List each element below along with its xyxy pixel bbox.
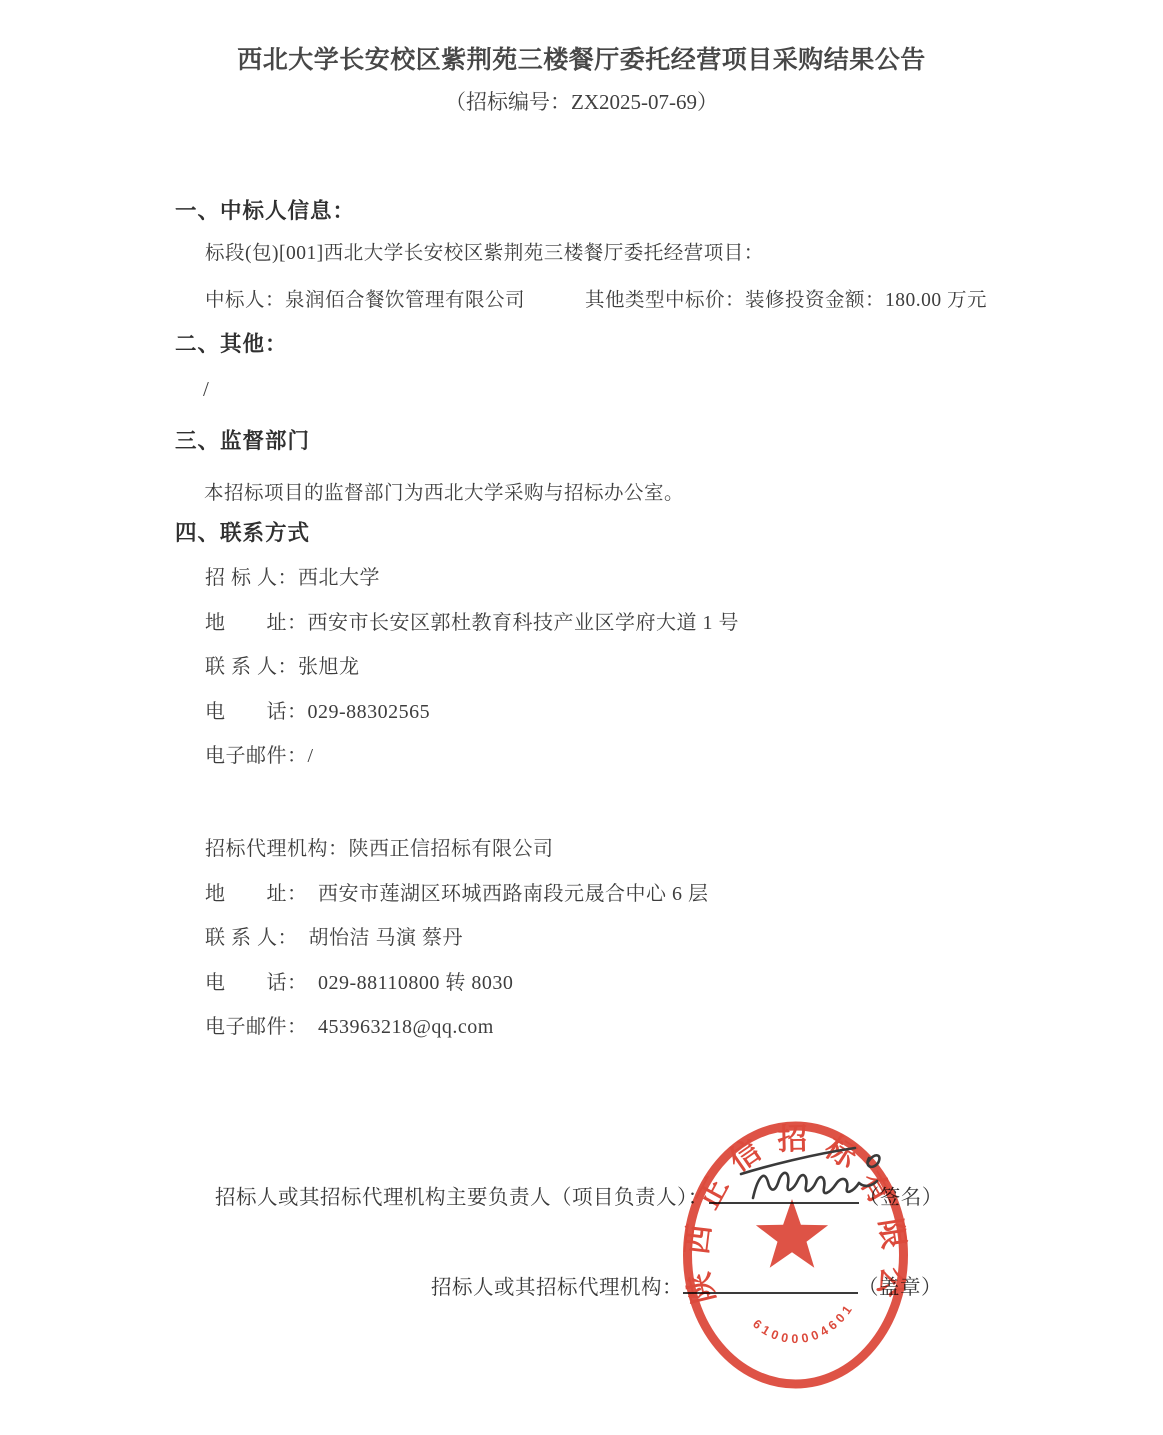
agency-phone-row: 电 话： 029-88110800 转 8030	[205, 966, 513, 995]
tender-number-subtitle: （招标编号：ZX2025-07-69）	[0, 86, 1163, 116]
agency-email-label: 电子邮件：	[205, 1016, 298, 1038]
tenderer-name-row: 招 标 人：西北大学	[205, 561, 380, 590]
tenderer-phone-label: 电 话：	[205, 701, 308, 723]
agency-address-value: 西安市莲湖区环城西路南段元晟合中心 6 层	[298, 883, 709, 905]
agency-address-row: 地 址： 西安市莲湖区环城西路南段元晟合中心 6 层	[205, 877, 709, 906]
agency-phone-value: 029-88110800 转 8030	[298, 972, 514, 994]
tenderer-email-label: 电子邮件：	[205, 745, 308, 767]
tenderer-phone-row: 电 话：029-88302565	[205, 695, 430, 724]
tenderer-name-value: 西北大学	[298, 567, 380, 589]
handwritten-signature	[735, 1140, 920, 1215]
agency-name-row: 招标代理机构：陕西正信招标有限公司	[205, 832, 554, 861]
tenderer-address-value: 西安市长安区郭杜教育科技产业区学府大道 1 号	[308, 612, 740, 634]
tenderer-name-label: 招 标 人：	[205, 567, 298, 589]
tenderer-address-row: 地 址：西安市长安区郭杜教育科技产业区学府大道 1 号	[205, 606, 739, 635]
section3-content: 本招标项目的监督部门为西北大学采购与招标办公室。	[204, 477, 684, 505]
tenderer-phone-value: 029-88302565	[308, 701, 431, 723]
leader-signature-label: 招标人或其招标代理机构主要负责人（项目负责人）：	[215, 1187, 709, 1209]
agency-name-value: 陕西正信招标有限公司	[349, 838, 554, 860]
agency-email-value: 453963218@qq.com	[298, 1016, 494, 1038]
tenderer-contact-label: 联 系 人：	[205, 656, 298, 678]
lot-line: 标段(包)[001]西北大学长安校区紫荆苑三楼餐厅委托经营项目：	[205, 237, 764, 265]
section2-content: /	[203, 377, 209, 402]
agency-name-label: 招标代理机构：	[205, 838, 349, 860]
tenderer-contact-value: 张旭龙	[298, 656, 360, 678]
agency-contact-label: 联 系 人：	[205, 927, 288, 949]
agency-email-row: 电子邮件： 453963218@qq.com	[205, 1010, 494, 1039]
org-seal-label: 招标人或其招标代理机构：	[431, 1277, 683, 1299]
tenderer-contact-row: 联 系 人：张旭龙	[205, 650, 360, 679]
tenderer-email-row: 电子邮件：/	[205, 739, 314, 768]
agency-address-label: 地 址：	[205, 883, 298, 905]
agency-contact-row: 联 系 人： 胡怡洁 马演 蔡丹	[205, 921, 463, 950]
page-title: 西北大学长安校区紫荆苑三楼餐厅委托经营项目采购结果公告	[0, 40, 1163, 76]
winner-price-line: 其他类型中标价：装修投资金额：180.00 万元	[585, 284, 987, 312]
tenderer-email-value: /	[308, 745, 314, 767]
section1-heading: 一、中标人信息：	[175, 194, 355, 225]
section4-heading: 四、联系方式	[175, 516, 310, 547]
section3-heading: 三、监督部门	[175, 424, 310, 455]
agency-phone-label: 电 话：	[205, 972, 298, 994]
tenderer-address-label: 地 址：	[205, 612, 308, 634]
announcement-document: 西北大学长安校区紫荆苑三楼餐厅委托经营项目采购结果公告 （招标编号：ZX2025…	[0, 0, 1163, 1435]
agency-contact-value: 胡怡洁 马演 蔡丹	[288, 927, 463, 949]
section2-heading: 二、其他：	[175, 327, 288, 358]
winner-line: 中标人：泉润佰合餐饮管理有限公司	[205, 284, 525, 312]
